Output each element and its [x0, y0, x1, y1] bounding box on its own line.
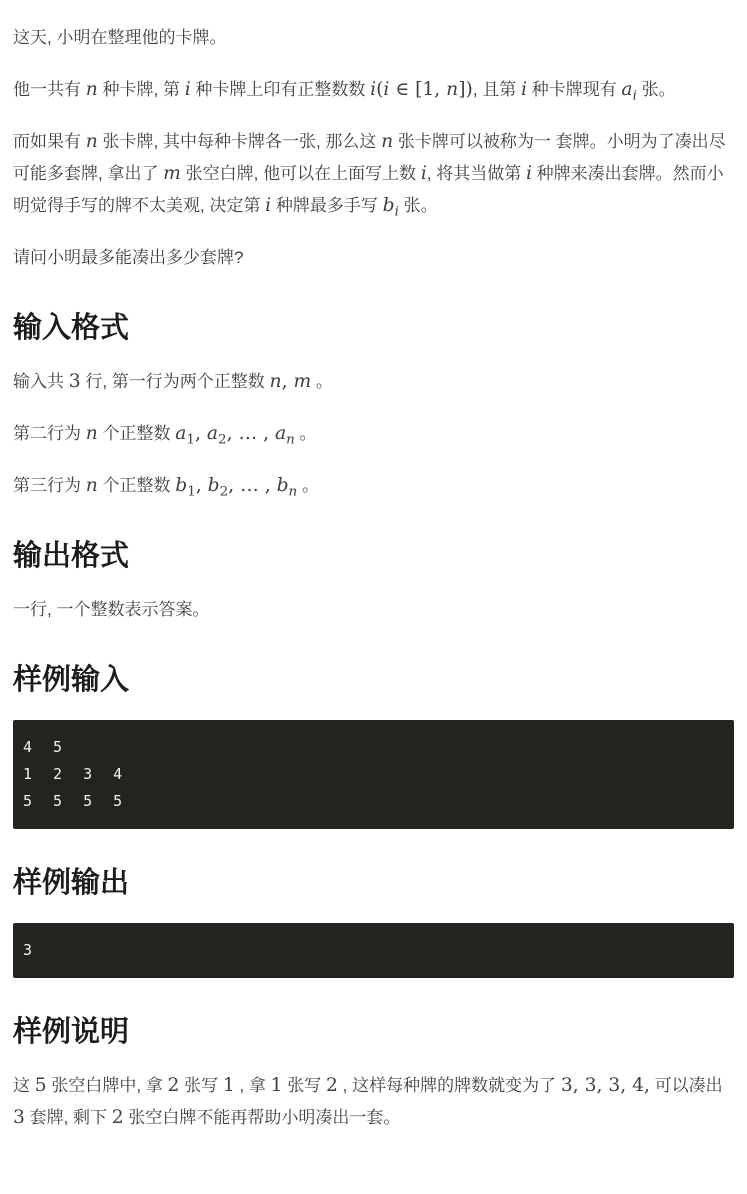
statement-paragraph-4: 请问小明最多能凑出多少套牌?	[13, 242, 734, 274]
input-format-paragraph-1: 输入共 3 行, 第一行为两个正整数 n, m 。	[13, 366, 734, 398]
input-format-paragraph-2: 第二行为 n 个正整数 a1, a2, … , an 。	[13, 418, 734, 450]
sample-note-heading: 样例说明	[13, 1014, 734, 1050]
sample-input-heading: 样例输入	[13, 662, 734, 698]
output-format-paragraph: 一行, 一个整数表示答案。	[13, 594, 734, 626]
statement-paragraph-3: 而如果有 n 张卡牌, 其中每种卡牌各一张, 那么这 n 张卡牌可以被称为一 套…	[13, 126, 734, 222]
problem-statement-page: 这天, 小明在整理他的卡牌。 他一共有 n 种卡牌, 第 i 种卡牌上印有正整数…	[0, 0, 747, 1160]
sample-note-paragraph: 这 5 张空白牌中, 拿 2 张写 1 , 拿 1 张写 2 , 这样每种牌的牌…	[13, 1070, 734, 1134]
statement-paragraph-2: 他一共有 n 种卡牌, 第 i 种卡牌上印有正整数数 i(i ∈ [1, n])…	[13, 74, 734, 106]
input-format-paragraph-3: 第三行为 n 个正整数 b1, b2, … , bn 。	[13, 470, 734, 502]
sample-output-heading: 样例输出	[13, 865, 734, 901]
statement-paragraph-1: 这天, 小明在整理他的卡牌。	[13, 22, 734, 54]
output-format-heading: 输出格式	[13, 538, 734, 574]
input-format-heading: 输入格式	[13, 310, 734, 346]
sample-input-code-block: 4 5 1 2 3 4 5 5 5 5	[13, 720, 734, 829]
sample-output-code-block: 3	[13, 923, 734, 978]
